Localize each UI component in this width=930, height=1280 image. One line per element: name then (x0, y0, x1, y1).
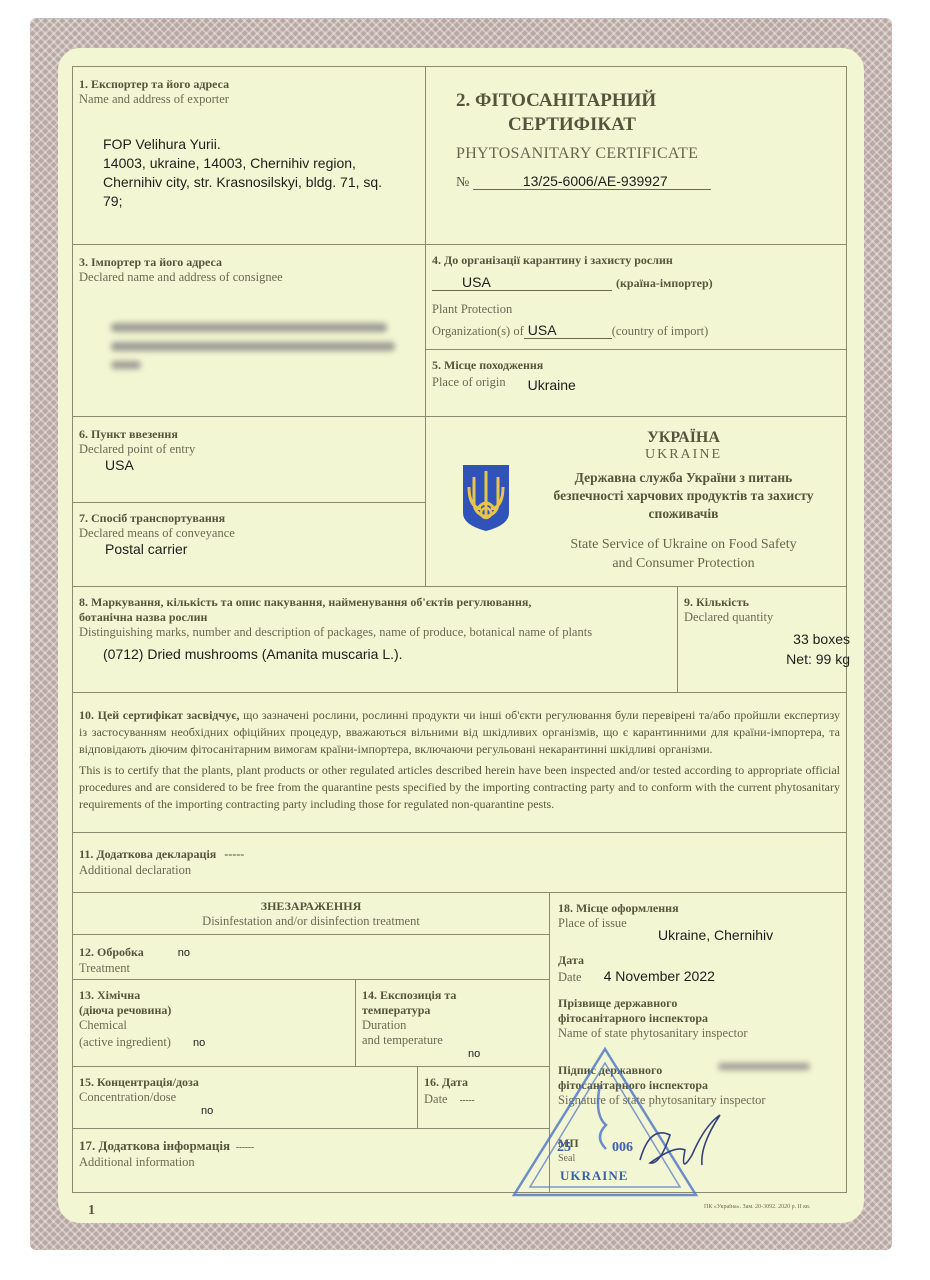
country-uk: УКРАЇНА (521, 429, 846, 447)
duration-label-en-1: Duration (362, 1018, 543, 1033)
chemical-label-en-2: (active ingredient) (79, 1035, 171, 1049)
concentration-box: 15. Концентрація/доза Concentration/dose… (73, 1067, 418, 1129)
exporter-label-en: Name and address of exporter (79, 92, 419, 107)
additional-declaration-label-uk: 11. Додаткова декларація (79, 847, 216, 861)
authority-text: УКРАЇНА UKRAINE Державна служба України … (521, 429, 846, 573)
plant-protection-org-box: 4. До організації карантину і захисту ро… (426, 245, 846, 350)
exporter-box: 1. Експортер та його адреса Name and add… (73, 67, 426, 245)
redacted-importer-line (111, 323, 387, 332)
entry-label-uk: 6. Пункт ввезення (79, 427, 419, 442)
entry-value: USA (105, 457, 419, 473)
additional-declaration-box: 11. Додаткова декларація ----- Additiona… (73, 833, 846, 893)
treatment-date-label-en: Date (424, 1092, 448, 1106)
inspector-name-label-en: Name of state phytosanitary inspector (558, 1026, 838, 1041)
quantity-boxes: 33 boxes (684, 631, 850, 647)
conveyance-label-uk: 7. Спосіб транспортування (79, 511, 419, 526)
point-of-entry-box: 6. Пункт ввезення Declared point of entr… (73, 417, 426, 503)
inspector-name-label-uk-1: Прізвище державного (558, 996, 838, 1011)
ppo-country-en-row: Organization(s) ofUSA(country of import) (432, 322, 840, 340)
agency-en-line: State Service of Ukraine on Food Safety (521, 535, 846, 554)
exporter-label-uk: 1. Експортер та його адреса (79, 77, 419, 92)
ppo-country-uk-value: USA (432, 274, 612, 291)
additional-info-label-uk: 17. Додаткова інформація (79, 1138, 230, 1153)
inspector-signature (630, 1105, 730, 1185)
agency-uk-line: Державна служба України з питань (521, 469, 846, 487)
issue-date-label-uk: Дата (558, 953, 838, 968)
exporter-line: 14003, ukraine, 14003, Chernihiv region, (103, 154, 419, 173)
conveyance-box: 7. Спосіб транспортування Declared means… (73, 503, 426, 587)
issue-date-value: 4 November 2022 (604, 968, 715, 984)
treatment-title-uk: ЗНЕЗАРАЖЕННЯ (73, 899, 549, 914)
ppo-country-uk-suffix: (країна-імпортер) (616, 276, 713, 290)
issuing-authority-box: УКРАЇНА UKRAINE Державна служба України … (426, 417, 846, 587)
agency-uk-line: безпечності харчових продуктів та захист… (521, 487, 846, 505)
certificate-title-box: 2. ФІТОСАНІТАРНИЙ СЕРТИФІКАТ PHYTOSANITA… (426, 67, 846, 245)
certificate-title-en: PHYTOSANITARY CERTIFICATE (456, 145, 816, 163)
conveyance-label-en: Declared means of conveyance (79, 526, 419, 541)
issue-place-label-uk: 18. Місце оформлення (558, 901, 838, 916)
certificate-number: 13/25-6006/AE-939927 (473, 173, 711, 190)
origin-label-en: Place of origin (432, 375, 506, 389)
treatment-label-uk: 12. Обробка (79, 945, 144, 959)
description-value: (0712) Dried mushrooms (Amanita muscaria… (103, 646, 671, 662)
ppo-country-en-value: USA (524, 322, 612, 339)
importer-label-uk: 3. Імпортер та його адреса (79, 255, 419, 270)
treatment-header: ЗНЕЗАРАЖЕННЯ Disinfestation and/or disin… (73, 893, 550, 935)
ppo-label-en-2: Organization(s) of (432, 324, 524, 338)
page-number: 1 (88, 1203, 95, 1219)
chemical-box: 13. Хімічна (діюча речовина) Chemical (a… (73, 980, 356, 1067)
description-label-en: Distinguishing marks, number and descrip… (79, 625, 671, 640)
concentration-label-en: Concentration/dose (79, 1090, 411, 1105)
redacted-inspector-name (718, 1063, 810, 1070)
ppo-label-uk: 4. До організації карантину і захисту ро… (432, 253, 840, 268)
certificate-title-uk-1: 2. ФІТОСАНІТАРНИЙ (456, 89, 816, 113)
additional-declaration-value: ----- (224, 847, 244, 861)
treatment-date-value: ----- (460, 1095, 475, 1105)
certificate-form: 1. Експортер та його адреса Name and add… (72, 66, 847, 1193)
exporter-line: FOP Velihura Yurii. (103, 135, 419, 154)
number-sign: № (456, 175, 469, 190)
duration-label-uk-2: температура (362, 1003, 543, 1018)
certification-statement-box: 10. Цей сертифікат засвідчує, що зазначе… (73, 693, 846, 833)
chemical-value: no (193, 1037, 205, 1049)
concentration-label-uk: 15. Концентрація/доза (79, 1075, 411, 1090)
ppo-country-en-suffix: (country of import) (612, 324, 709, 338)
description-label-uk-1: 8. Маркування, кількість та опис пакуван… (79, 595, 671, 610)
statement-en: This is to certify that the plants, plan… (79, 762, 840, 813)
chemical-label-uk-2: (діюча речовина) (79, 1003, 349, 1018)
ppo-country-uk-row: USA (країна-імпортер) (432, 274, 840, 292)
place-of-origin-box: 5. Місце походження Place of origin Ukra… (426, 350, 846, 417)
quantity-label-uk: 9. Кількість (684, 595, 840, 610)
origin-label-uk: 5. Місце походження (432, 358, 840, 373)
ppo-label-en-1: Plant Protection (432, 302, 840, 317)
conveyance-value: Postal carrier (105, 541, 419, 557)
treatment-title-en: Disinfestation and/or disinfection treat… (73, 914, 549, 929)
treatment-box: 12. Обробка no Treatment (73, 935, 550, 980)
agency-uk: Державна служба України з питань безпечн… (521, 469, 846, 523)
exporter-line: Chernihiv city, str. Krasnosilskyi, bldg… (103, 173, 419, 192)
exporter-line: 79; (103, 192, 419, 211)
redacted-importer-line (111, 361, 141, 369)
printer-note: ПК «Україна». Зам. 20-3092. 2020 р. II к… (704, 1204, 810, 1210)
treatment-value: no (178, 947, 190, 959)
quantity-label-en: Declared quantity (684, 610, 840, 625)
chemical-label-en-1: Chemical (79, 1018, 349, 1033)
issue-place-value: Ukraine, Chernihiv (658, 927, 838, 943)
importer-box: 3. Імпортер та його адреса Declared name… (73, 245, 426, 417)
coat-of-arms-icon (461, 463, 511, 533)
certificate-title-uk-2: СЕРТИФІКАТ (456, 113, 816, 137)
importer-label-en: Declared name and address of consignee (79, 270, 419, 285)
additional-info-label-en: Additional information (79, 1155, 543, 1170)
agency-en: State Service of Ukraine on Food Safety … (521, 535, 846, 573)
certificate-number-row: № 13/25-6006/AE-939927 (456, 173, 816, 191)
origin-value: Ukraine (528, 377, 576, 393)
additional-declaration-label-en: Additional declaration (79, 863, 840, 878)
stamp-country: UKRAINE (560, 1168, 628, 1184)
description-label-uk-2: ботанічна назва рослин (79, 610, 671, 625)
duration-label-uk-1: 14. Експозиція та (362, 988, 543, 1003)
redacted-importer-line (111, 342, 395, 351)
treatment-label-en: Treatment (79, 961, 543, 976)
agency-uk-line: споживачів (521, 505, 846, 523)
country-en: UKRAINE (521, 447, 846, 463)
quantity-box: 9. Кількість Declared quantity 33 boxes … (678, 587, 846, 693)
quantity-net: Net: 99 kg (684, 651, 850, 667)
entry-label-en: Declared point of entry (79, 442, 419, 457)
stamp-left-code: 25 (557, 1140, 571, 1156)
issue-date-label-en: Date (558, 970, 582, 984)
additional-info-box: 17. Додаткова інформація------ Additiona… (73, 1129, 550, 1192)
description-box: 8. Маркування, кількість та опис пакуван… (73, 587, 678, 693)
duration-value: no (468, 1048, 480, 1060)
exporter-address: FOP Velihura Yurii. 14003, ukraine, 1400… (103, 135, 419, 211)
inspector-name-label-uk-2: фітосанітарного інспектора (558, 1011, 838, 1026)
concentration-value: no (201, 1105, 411, 1117)
chemical-label-uk-1: 13. Хімічна (79, 988, 349, 1003)
additional-info-value: ------ (236, 1142, 254, 1152)
statement-uk: 10. Цей сертифікат засвідчує, що зазначе… (79, 707, 840, 758)
statement-lead: 10. Цей сертифікат засвідчує, (79, 708, 239, 722)
agency-en-line: and Consumer Protection (521, 554, 846, 573)
